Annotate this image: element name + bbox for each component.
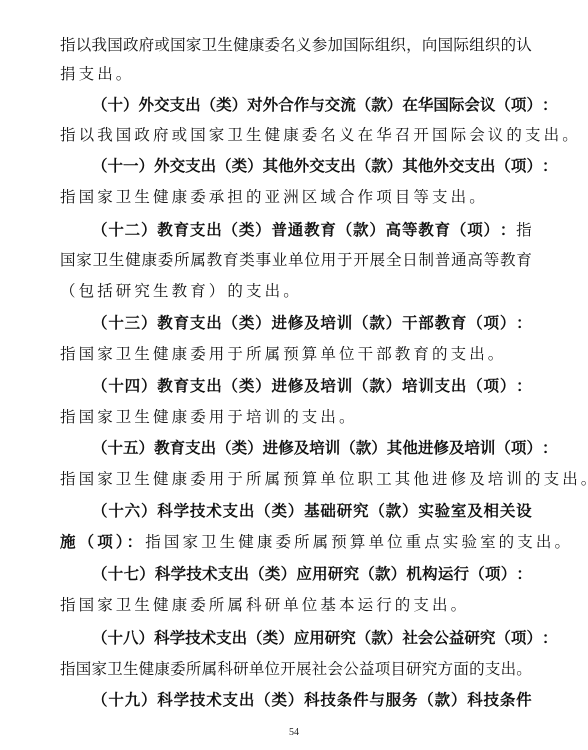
- document-page: 指以我国政府或国家卫生健康委名义参加国际组织，向国际组织的认 捐支出。 （十）外…: [0, 0, 588, 750]
- body-text: 指国家卫生健康委所属预算单位重点实验室的支出。: [145, 531, 573, 553]
- paragraph-line: （包括研究生教育）的支出。: [60, 280, 532, 302]
- section-heading-16: （十六）科学技术支出（类）基础研究（款）实验室及相关设: [92, 500, 532, 522]
- section-heading-10: （十）外交支出（类）对外合作与交流（款）在华国际会议（项）：: [92, 94, 532, 116]
- section-heading-14: （十四）教育支出（类）进修及培训（款）培训支出（项）：: [92, 375, 532, 397]
- paragraph-line: 捐支出。: [60, 63, 532, 85]
- section-heading-12: （十二）教育支出（类）普通教育（款）高等教育（项）：指: [92, 219, 532, 241]
- section-heading-15: （十五）教育支出（类）进修及培训（款）其他进修及培训（项）：: [92, 437, 532, 459]
- paragraph-line: 国家卫生健康委所属教育类事业单位用于开展全日制普通高等教育: [60, 249, 532, 271]
- page-number: 54: [0, 727, 588, 738]
- section-heading-19: （十九）科学技术支出（类）科技条件与服务（款）科技条件: [92, 689, 532, 711]
- section-heading-18: （十八）科学技术支出（类）应用研究（款）社会公益研究（项）：: [92, 627, 532, 649]
- paragraph-line: 指国家卫生健康委用于所属预算单位职工其他进修及培训的支出。: [60, 468, 532, 490]
- paragraph-line: 指国家卫生健康委所属科研单位基本运行的支出。: [60, 594, 532, 616]
- section-heading-11: （十一）外交支出（类）其他外交支出（款）其他外交支出（项）：: [92, 155, 532, 177]
- paragraph-line: 指国家卫生健康委承担的亚洲区域合作项目等支出。: [60, 186, 532, 208]
- heading-text: 施（项）：: [60, 531, 145, 553]
- paragraph-line: 指以我国政府或国家卫生健康委名义参加国际组织，向国际组织的认: [60, 34, 532, 56]
- paragraph-line: 施（项）：指国家卫生健康委所属预算单位重点实验室的支出。: [60, 531, 532, 553]
- paragraph-line: 指国家卫生健康委用于培训的支出。: [60, 406, 532, 428]
- paragraph-line: 指国家卫生健康委用于所属预算单位干部教育的支出。: [60, 343, 532, 365]
- paragraph-line: 指国家卫生健康委所属科研单位开展社会公益项目研究方面的支出。: [60, 658, 532, 680]
- section-heading-17: （十七）科学技术支出（类）应用研究（款）机构运行（项）：: [92, 563, 532, 585]
- paragraph-line: 指以我国政府或国家卫生健康委名义在华召开国际会议的支出。: [60, 124, 532, 146]
- section-heading-13: （十三）教育支出（类）进修及培训（款）干部教育（项）：: [92, 312, 532, 334]
